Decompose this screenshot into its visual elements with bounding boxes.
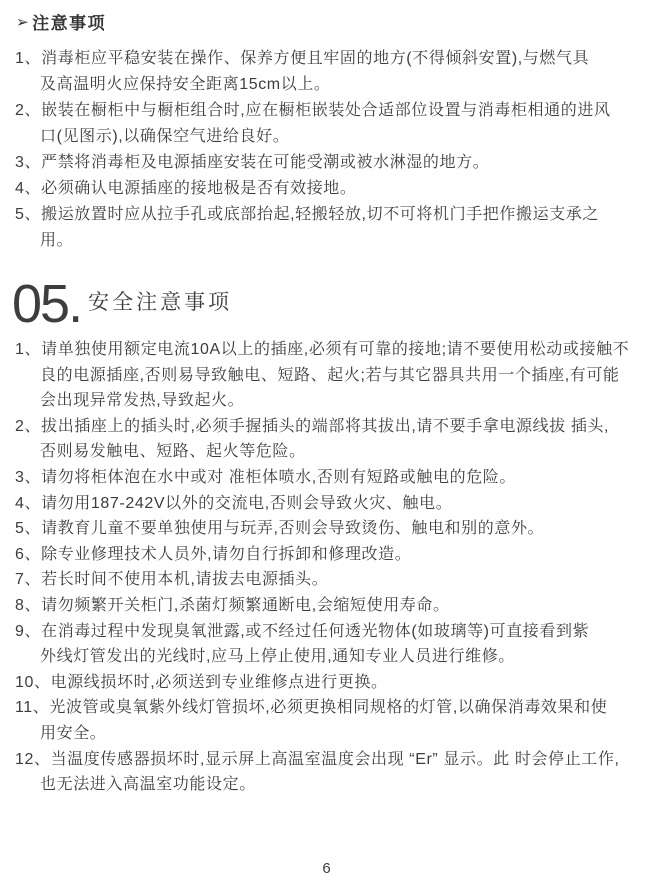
item-line: 口(见图示),以确保空气进给良好。 (15, 124, 643, 150)
item-number: 1、 (15, 50, 41, 67)
item-line: 嵌装在橱柜中与橱柜组合时,应在橱柜嵌装处合适部位设置与消毒柜相通的进风 (41, 102, 610, 119)
item-line: 消毒柜应平稳安装在操作、保养方便且牢固的地方(不得倾斜安置),与燃气具 (41, 50, 589, 67)
item-number: 10、 (15, 674, 51, 691)
arrowhead-icon: ➢ (16, 13, 30, 31)
item-number: 6、 (15, 546, 41, 563)
item-number: 7、 (15, 571, 41, 588)
item-line: 及高温明火应保持安全距离15cm以上。 (15, 72, 643, 98)
item-line: 用。 (15, 228, 643, 254)
list-item: 10、电源线损坏时,必须送到专业维修点进行更换。 (15, 670, 643, 696)
item-number: 1、 (15, 341, 41, 358)
item-line: 若长时间不使用本机,请拔去电源插头。 (41, 571, 328, 588)
notice-section-title: 注意事项 (32, 9, 106, 34)
item-line: 请勿用187-242V以外的交流电,否则会导致火灾、触电。 (41, 495, 452, 512)
item-number: 4、 (15, 180, 41, 197)
list-item: 4、必须确认电源插座的接地极是否有效接地。 (15, 176, 643, 202)
item-number: 11、 (15, 699, 49, 716)
list-item: 5、请教育儿童不要单独使用与玩弄,否则会导致烫伤、触电和别的意外。 (15, 516, 643, 542)
item-number: 3、 (15, 469, 41, 486)
item-line: 请教育儿童不要单独使用与玩弄,否则会导致烫伤、触电和别的意外。 (41, 520, 544, 537)
item-line: 否则易发触电、短路、起火等危险。 (15, 439, 643, 465)
item-line: 会出现异常发热,导致起火。 (15, 388, 643, 414)
list-item: 6、除专业修理技术人员外,请勿自行拆卸和修理改造。 (15, 542, 643, 568)
item-line: 请单独使用额定电流10A以上的插座,必须有可靠的接地;请不要使用松动或接触不 (41, 341, 629, 358)
item-number: 2、 (15, 102, 41, 119)
item-number: 3、 (15, 154, 41, 171)
list-item: 11、光波管或臭氧紫外线灯管损坏,必须更换相同规格的灯管,以确保消毒效果和使 用… (15, 695, 643, 746)
item-line: 请勿将柜体泡在水中或对 准柜体喷水,否则有短路或触电的危险。 (41, 469, 516, 486)
notice-list: 1、消毒柜应平稳安装在操作、保养方便且牢固的地方(不得倾斜安置),与燃气具 及高… (15, 46, 643, 254)
item-number: 9、 (15, 623, 41, 640)
item-line: 外线灯管发出的光线时,应马上停止使用,通知专业人员进行维修。 (15, 644, 643, 670)
safety-list: 1、请单独使用额定电流10A以上的插座,必须有可靠的接地;请不要使用松动或接触不… (15, 337, 643, 798)
list-item: 1、请单独使用额定电流10A以上的插座,必须有可靠的接地;请不要使用松动或接触不… (15, 337, 643, 414)
notice-section-header: ➢ 注意事项 (16, 9, 653, 34)
item-number: 12、 (15, 751, 51, 768)
page-number: 6 (0, 860, 653, 877)
item-number: 2、 (15, 418, 41, 435)
item-line: 严禁将消毒柜及电源插座安装在可能受潮或被水淋湿的地方。 (41, 154, 489, 171)
safety-section-header: 05. 安全注意事项 (12, 279, 653, 335)
list-item: 12、当温度传感器损坏时,显示屏上高温室温度会出现 “Er” 显示。此 时会停止… (15, 747, 643, 798)
list-item: 7、若长时间不使用本机,请拔去电源插头。 (15, 567, 643, 593)
safety-section-title: 安全注意事项 (88, 286, 232, 316)
item-line: 也无法进入高温室功能设定。 (15, 772, 643, 798)
item-line: 搬运放置时应从拉手孔或底部抬起,轻搬轻放,切不可将机门手把作搬运支承之 (41, 206, 599, 223)
list-item: 1、消毒柜应平稳安装在操作、保养方便且牢固的地方(不得倾斜安置),与燃气具 及高… (15, 46, 643, 98)
section-number: 05. (12, 279, 81, 329)
item-number: 5、 (15, 520, 41, 537)
item-line: 除专业修理技术人员外,请勿自行拆卸和修理改造。 (41, 546, 411, 563)
list-item: 2、拔出插座上的插头时,必须手握插头的端部将其拔出,请不要手拿电源线拔 插头, … (15, 414, 643, 465)
item-line: 拔出插座上的插头时,必须手握插头的端部将其拔出,请不要手拿电源线拔 插头, (41, 418, 609, 435)
list-item: 2、嵌装在橱柜中与橱柜组合时,应在橱柜嵌装处合适部位设置与消毒柜相通的进风 口(… (15, 98, 643, 150)
item-line: 当温度传感器损坏时,显示屏上高温室温度会出现 “Er” 显示。此 时会停止工作, (51, 751, 620, 768)
item-line: 用安全。 (15, 721, 643, 747)
item-number: 5、 (15, 206, 41, 223)
list-item: 8、请勿频繁开关柜门,杀菌灯频繁通断电,会缩短使用寿命。 (15, 593, 643, 619)
list-item: 3、请勿将柜体泡在水中或对 准柜体喷水,否则有短路或触电的危险。 (15, 465, 643, 491)
item-line: 良的电源插座,否则易导致触电、短路、起火;若与其它器具共用一个插座,有可能 (15, 363, 643, 389)
list-item: 5、搬运放置时应从拉手孔或底部抬起,轻搬轻放,切不可将机门手把作搬运支承之 用。 (15, 202, 643, 254)
item-number: 4、 (15, 495, 41, 512)
list-item: 3、严禁将消毒柜及电源插座安装在可能受潮或被水淋湿的地方。 (15, 150, 643, 176)
list-item: 4、请勿用187-242V以外的交流电,否则会导致火灾、触电。 (15, 491, 643, 517)
item-line: 电源线损坏时,必须送到专业维修点进行更换。 (51, 674, 388, 691)
item-line: 必须确认电源插座的接地极是否有效接地。 (41, 180, 356, 197)
list-item: 9、在消毒过程中发现臭氧泄露,或不经过任何透光物体(如玻璃等)可直接看到紫 外线… (15, 619, 643, 670)
item-line: 光波管或臭氧紫外线灯管损坏,必须更换相同规格的灯管,以确保消毒效果和使 (49, 699, 607, 716)
item-line: 在消毒过程中发现臭氧泄露,或不经过任何透光物体(如玻璃等)可直接看到紫 (41, 623, 589, 640)
item-line: 请勿频繁开关柜门,杀菌灯频繁通断电,会缩短使用寿命。 (41, 597, 450, 614)
item-number: 8、 (15, 597, 41, 614)
